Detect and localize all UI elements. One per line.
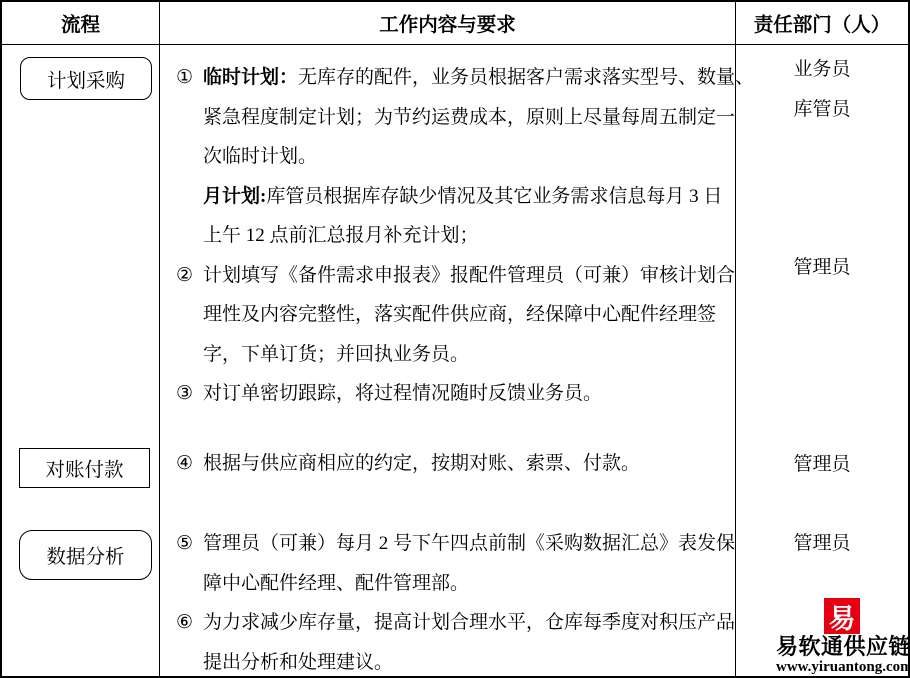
row1-content-cell: ①临时计划：无库存的配件，业务员根据客户需求落实型号、数量、 紧急程度制定计划；…: [160, 45, 736, 426]
row3-content-cell: ⑤管理员（可兼）每月 2 号下午四点前制《采购数据汇总》表发保 障中心配件经理、…: [160, 511, 736, 676]
item-text: 管理员（可兼）每月 2 号下午四点前制《采购数据汇总》表发保: [203, 533, 735, 554]
flow-box-plan-purchase: 计划采购: [20, 57, 152, 100]
responsible-label: 管理员: [736, 258, 908, 278]
row2-process-cell: 对账付款: [2, 426, 160, 511]
process-table: 流程 工作内容与要求 责任部门（人） 计划采购 ①临时计划：无库存的配件，业务员…: [2, 2, 908, 676]
content-line: 字，下单订货；并回执业务员。: [176, 335, 727, 375]
content-line: ③对订单密切跟踪，将过程情况随时反馈业务员。: [176, 374, 727, 414]
flow-box-reconcile-pay: 对账付款: [19, 448, 150, 488]
item-bold-label: 临时计划：: [203, 67, 298, 88]
content-line: 月计划:库管员根据库存缺少情况及其它业务需求信息每月 3 日: [176, 177, 727, 217]
content-line: 提出分析和处理建议。: [176, 643, 727, 678]
row2-content-cell: ④根据与供应商相应的约定，按期对账、索票、付款。: [160, 426, 736, 511]
header-process: 流程: [2, 2, 160, 45]
item-text: 字，下单订货；并回执业务员。: [203, 344, 469, 365]
item-text: 理性及内容完整性，落实配件供应商，经保障中心配件经理签: [203, 304, 716, 325]
content-line: ②计划填写《备件需求申报表》报配件管理员（可兼）审核计划合: [176, 256, 727, 296]
content-line: ④根据与供应商相应的约定，按期对账、索票、付款。: [176, 444, 727, 484]
content-line: ⑤管理员（可兼）每月 2 号下午四点前制《采购数据汇总》表发保: [176, 524, 727, 564]
responsible-label: 管理员: [736, 534, 908, 554]
item-text: 计划填写《备件需求申报表》报配件管理员（可兼）审核计划合: [203, 265, 735, 286]
logo-seal-char: 易: [829, 597, 856, 636]
item-bold-label: 月计划:: [203, 186, 266, 207]
item-marker: ④: [176, 444, 203, 484]
responsible-label: 管理员: [736, 455, 908, 475]
item-marker: ③: [176, 374, 203, 414]
content-line: 次临时计划。: [176, 137, 727, 177]
content-line: ⑥为力求减少库存量，提高计划合理水平，仓库每季度对积压产品: [176, 603, 727, 643]
logo-url: www.yiruantong.com: [776, 659, 908, 676]
item-text: 障中心配件经理、配件管理部。: [203, 573, 469, 594]
item-text: 紧急程度制定计划；为节约运费成本，原则上尽量每周五制定一: [203, 107, 735, 128]
content-line: 理性及内容完整性，落实配件供应商，经保障中心配件经理签: [176, 295, 727, 335]
content-line: 障中心配件经理、配件管理部。: [176, 564, 727, 604]
row1-responsible-cell: 业务员 库管员 管理员: [736, 45, 908, 426]
header-process-label: 流程: [61, 9, 100, 37]
item-text: 上午 12 点前汇总报月补充计划；: [203, 225, 479, 246]
item-text: 根据与供应商相应的约定，按期对账、索票、付款。: [203, 453, 640, 474]
responsible-label: 业务员: [736, 60, 908, 80]
document-page: 流程 工作内容与要求 责任部门（人） 计划采购 ①临时计划：无库存的配件，业务员…: [0, 0, 910, 678]
item-marker: ⑥: [176, 603, 203, 643]
item-marker: ②: [176, 256, 203, 296]
content-line: ①临时计划：无库存的配件，业务员根据客户需求落实型号、数量、: [176, 58, 727, 98]
content-line: 紧急程度制定计划；为节约运费成本，原则上尽量每周五制定一: [176, 98, 727, 138]
header-responsible: 责任部门（人）: [736, 2, 908, 45]
vendor-logo: 易 易软通供应链 www.yiruantong.com: [776, 598, 908, 676]
header-content: 工作内容与要求: [160, 2, 736, 45]
item-text: 提出分析和处理建议。: [203, 652, 393, 673]
item-text: 无库存的配件，业务员根据客户需求落实型号、数量、: [298, 67, 754, 88]
item-text: 库管员根据库存缺少情况及其它业务需求信息每月 3 日: [266, 186, 722, 207]
flow-box-data-analysis: 数据分析: [19, 530, 152, 580]
logo-name: 易软通供应链: [776, 635, 908, 659]
header-responsible-label: 责任部门（人）: [754, 9, 891, 37]
item-marker: ⑤: [176, 524, 203, 564]
row3-process-cell: 数据分析: [2, 511, 160, 676]
header-content-label: 工作内容与要求: [379, 9, 516, 37]
row1-process-cell: 计划采购: [2, 45, 160, 426]
content-line: 上午 12 点前汇总报月补充计划；: [176, 216, 727, 256]
item-text: 对订单密切跟踪，将过程情况随时反馈业务员。: [203, 383, 602, 404]
logo-seal-icon: 易: [824, 598, 860, 634]
row2-responsible-cell: 管理员: [736, 426, 908, 511]
item-text: 为力求减少库存量，提高计划合理水平，仓库每季度对积压产品: [203, 612, 735, 633]
item-marker: ①: [176, 58, 203, 98]
item-text: 次临时计划。: [203, 146, 317, 167]
responsible-label: 库管员: [736, 100, 908, 120]
